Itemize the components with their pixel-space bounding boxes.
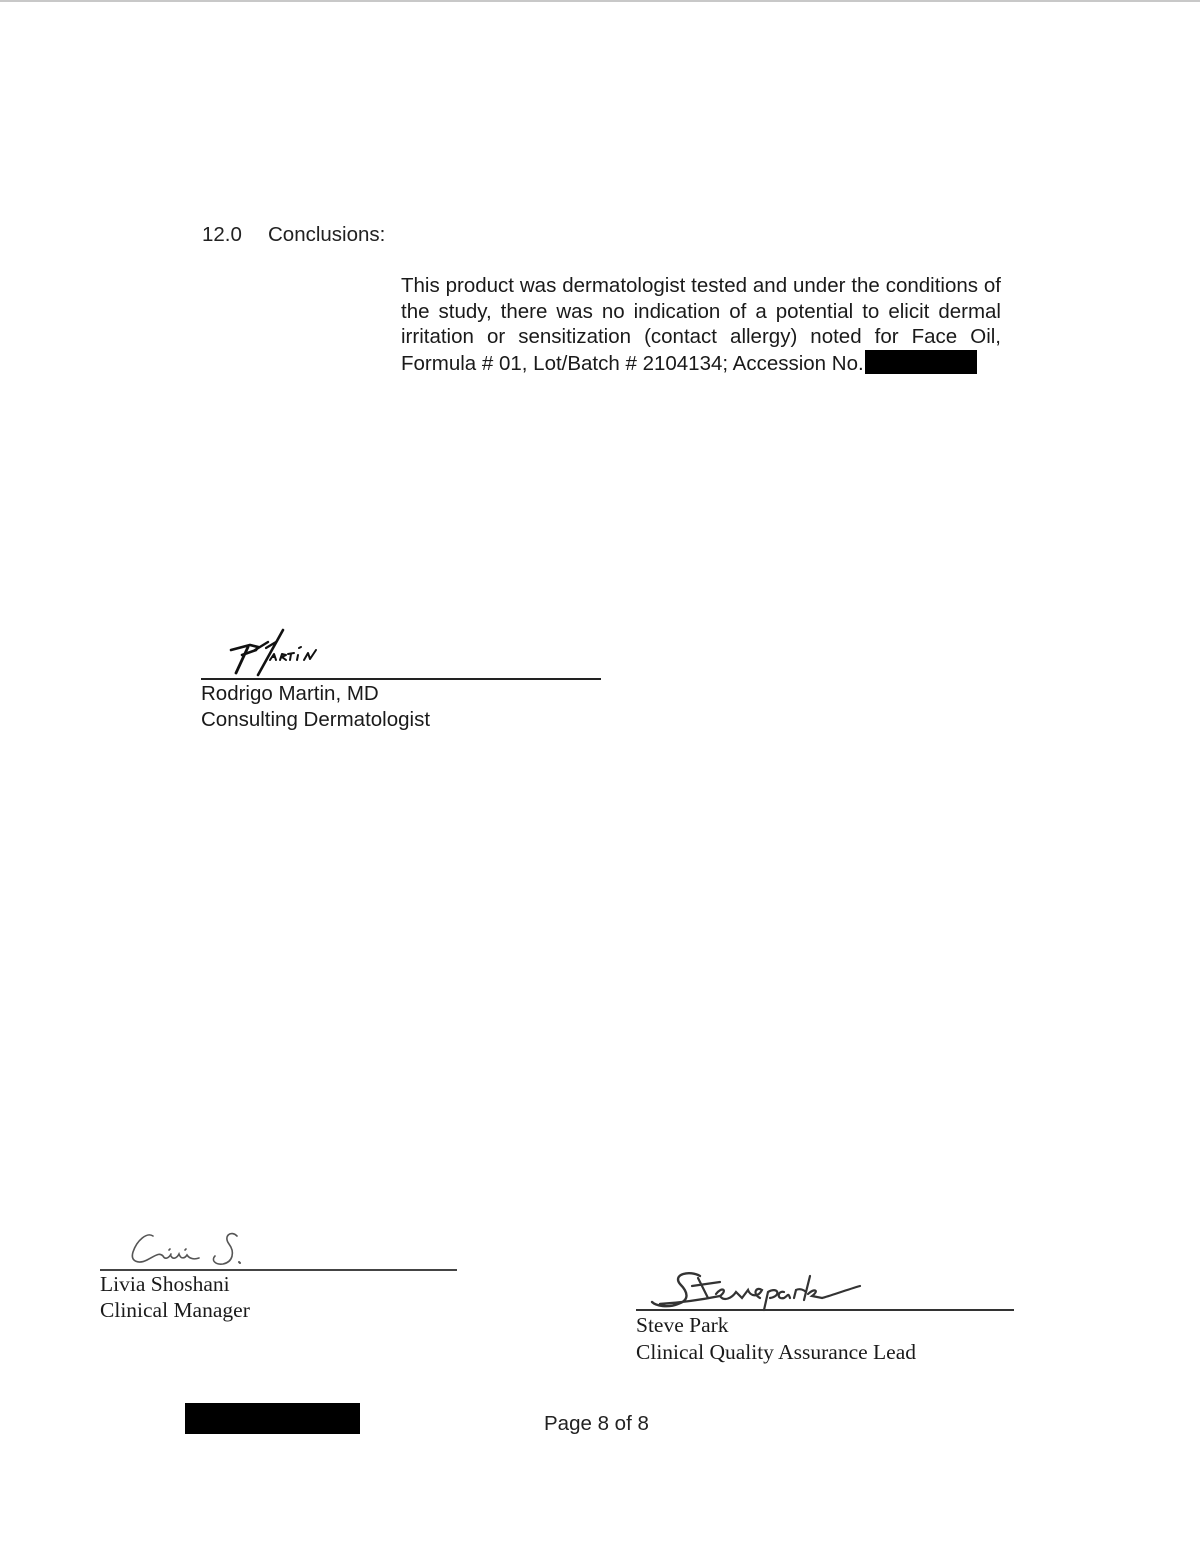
signature-park-icon	[650, 1268, 910, 1313]
signature-line-qa-lead	[636, 1309, 1014, 1311]
signature-martin-icon	[228, 628, 338, 678]
signature-line-clinical-manager	[100, 1269, 457, 1271]
signer-name-clinical-manager: Livia Shoshani	[100, 1272, 230, 1297]
page-top-border	[0, 0, 1200, 2]
page-number: Page 8 of 8	[544, 1412, 649, 1436]
signature-line-dermatologist	[201, 678, 601, 680]
section-heading: 12.0 Conclusions:	[202, 223, 385, 247]
signer-title-qa-lead: Clinical Quality Assurance Lead	[636, 1340, 916, 1365]
signer-name-dermatologist: Rodrigo Martin, MD	[201, 682, 379, 706]
signature-shoshani-icon	[125, 1230, 250, 1270]
accession-redaction	[865, 350, 977, 374]
signer-name-qa-lead: Steve Park	[636, 1313, 729, 1338]
footer-redaction	[185, 1403, 360, 1434]
section-number: 12.0	[202, 223, 268, 247]
conclusion-paragraph: This product was dermatologist tested an…	[401, 273, 1001, 376]
signer-title-dermatologist: Consulting Dermatologist	[201, 708, 430, 732]
section-title: Conclusions:	[268, 223, 385, 247]
signer-title-clinical-manager: Clinical Manager	[100, 1298, 250, 1323]
